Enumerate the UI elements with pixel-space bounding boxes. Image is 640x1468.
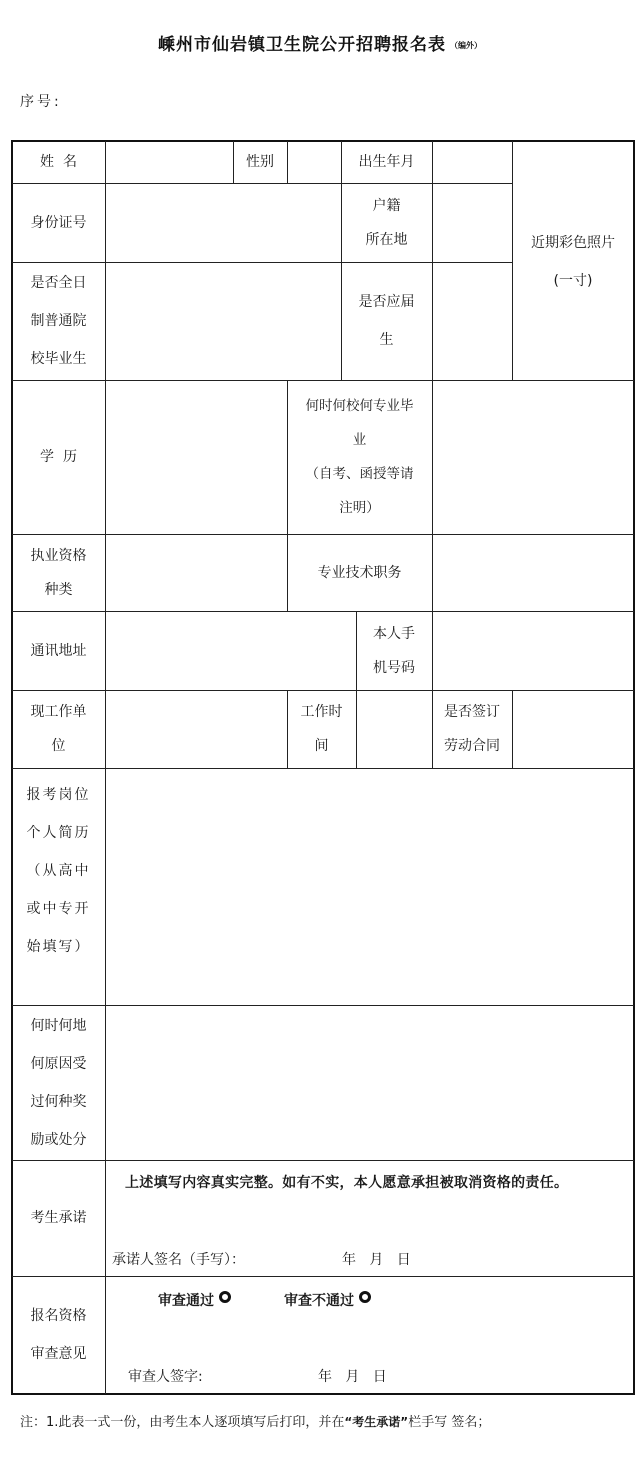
work-time-label: 工作时 间 xyxy=(287,690,356,768)
footnote-prefix: 注：1.此表一式一份，由考生本人逐项填写后打印，并在 xyxy=(20,1415,344,1430)
graduation-info-field[interactable] xyxy=(433,381,634,534)
qualification-label: 执业资格 种类 xyxy=(12,534,105,611)
employer-label: 现工作单 位 xyxy=(12,690,105,768)
birth-date-field[interactable] xyxy=(433,142,512,183)
footnote: 注：1.此表一式一份，由考生本人逐项填写后打印，并在“考生承诺”栏手写 签名； xyxy=(20,1410,620,1435)
id-number-field[interactable] xyxy=(106,184,341,262)
awards-field[interactable] xyxy=(106,1006,634,1160)
fulltime-graduate-field[interactable] xyxy=(106,263,341,380)
employer-field[interactable] xyxy=(106,691,287,768)
id-number-label: 身份证号 xyxy=(12,183,105,262)
gender-label: 性别 xyxy=(233,141,287,183)
review-pass-option[interactable]: 审查通过 xyxy=(158,1290,231,1310)
awards-label: 何时何地 何原因受 过何种奖 励或处分 xyxy=(12,1005,105,1160)
form-title-main: 嵊州市仙岩镇卫生院公开招聘报名表 xyxy=(158,35,446,55)
reviewer-signature-field[interactable] xyxy=(215,1361,315,1387)
radio-icon[interactable] xyxy=(219,1291,231,1303)
name-field[interactable] xyxy=(106,142,233,183)
pledge-statement: 上述填写内容真实完整。如有不实，本人愿意承担被取消资格的责任。 xyxy=(125,1172,568,1192)
birth-date-label: 出生年月 xyxy=(341,141,432,183)
phone-label: 本人手 机号码 xyxy=(356,611,432,690)
radio-icon[interactable] xyxy=(359,1291,371,1303)
work-time-field[interactable] xyxy=(357,691,432,768)
photo-box[interactable] xyxy=(513,142,634,380)
footnote-suffix: 栏手写 签名； xyxy=(408,1415,490,1430)
pledge-date: 年 月 日 xyxy=(342,1249,411,1269)
fresh-graduate-label: 是否应届 生 xyxy=(341,262,432,380)
photo-label: 近期彩色照片 xyxy=(512,228,634,258)
hukou-field[interactable] xyxy=(433,184,512,262)
education-field[interactable] xyxy=(106,381,287,534)
review-label: 报名资格 审查意见 xyxy=(12,1276,105,1394)
pledge-signature-label: 承诺人签名（手写）： xyxy=(112,1249,245,1269)
review-fail-option[interactable]: 审查不通过 xyxy=(284,1290,371,1310)
education-label: 学 历 xyxy=(12,380,105,534)
address-field[interactable] xyxy=(106,612,356,690)
name-label: 姓 名 xyxy=(12,141,105,183)
review-fail-label: 审查不通过 xyxy=(284,1290,354,1310)
pledge-signature-field[interactable] xyxy=(260,1244,340,1270)
contract-label: 是否签订 劳动合同 xyxy=(432,690,512,768)
qualification-field[interactable] xyxy=(106,535,287,611)
fresh-graduate-field[interactable] xyxy=(433,263,512,380)
contract-field[interactable] xyxy=(513,691,634,768)
gender-field[interactable] xyxy=(288,142,341,183)
phone-field[interactable] xyxy=(433,612,634,690)
footnote-quoted: “考生承诺” xyxy=(344,1415,408,1429)
form-title: 嵊州市仙岩镇卫生院公开招聘报名表（编外） xyxy=(0,30,640,55)
pledge-label: 考生承诺 xyxy=(12,1160,105,1276)
resume-label: 报考岗位 个人简历 （从高中 或中专开 始填写） xyxy=(16,776,101,966)
form-title-sub: （编外） xyxy=(450,41,482,50)
professional-title-field[interactable] xyxy=(433,535,634,611)
reviewer-signature-label: 审查人签字: xyxy=(128,1366,203,1386)
photo-size-label: (一寸) xyxy=(512,266,634,296)
address-label: 通讯地址 xyxy=(12,611,105,690)
resume-field[interactable] xyxy=(106,769,634,1005)
hukou-label: 户籍 所在地 xyxy=(341,183,432,262)
review-pass-label: 审查通过 xyxy=(158,1290,214,1310)
fulltime-graduate-label: 是否全日 制普通院 校毕业生 xyxy=(12,262,105,380)
graduation-info-label: 何时何校何专业毕 业 （自考、函授等请 注明） xyxy=(287,380,432,534)
serial-number-label: 序号: xyxy=(20,91,62,111)
professional-title-label: 专业技术职务 xyxy=(287,534,432,611)
review-date: 年 月 日 xyxy=(318,1366,387,1386)
